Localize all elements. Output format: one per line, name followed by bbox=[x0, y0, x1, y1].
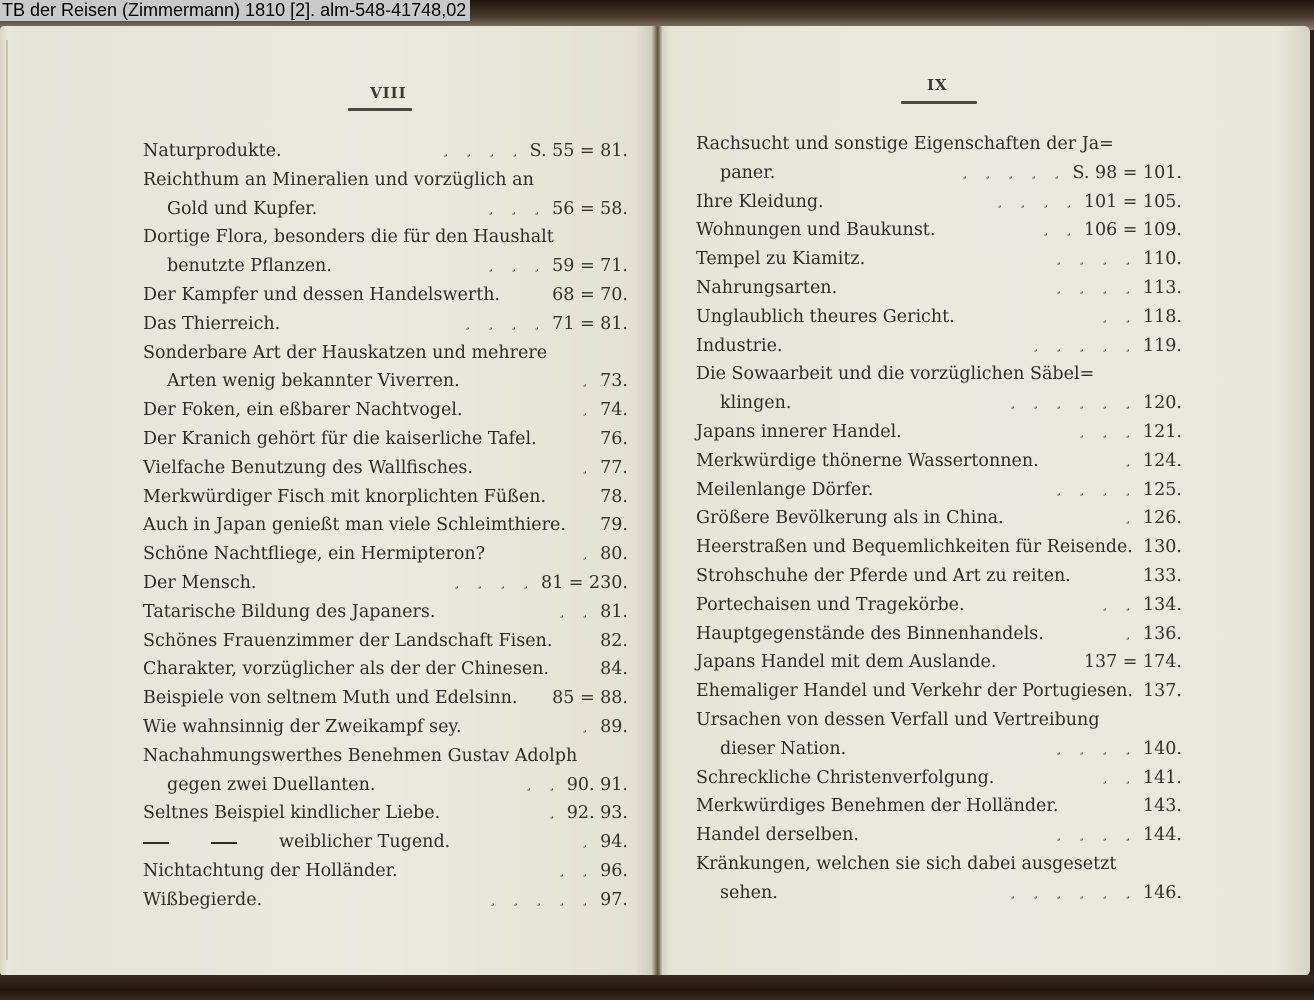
toc-entry-pages: 136. bbox=[1143, 620, 1182, 649]
leader-marks: ¸ bbox=[1053, 447, 1131, 476]
leader-marks: ¸ ¸ ¸ bbox=[346, 252, 540, 281]
leader-marks: ¸ bbox=[476, 713, 588, 742]
toc-entry: Ehemaliger Handel und Verkehr der Portug… bbox=[696, 677, 1182, 706]
toc-entry-title: Reichthum an Mineralien und vorzüglich a… bbox=[143, 166, 534, 195]
toc-entry-pages: 94. bbox=[600, 828, 628, 857]
toc-entry: Merkwürdige thönerne Wassertonnen.¸124. bbox=[696, 447, 1182, 476]
toc-entry-title: Merkwürdiger Fisch mit knorplichten Füße… bbox=[143, 483, 546, 512]
leader-marks: ¸ bbox=[499, 540, 588, 569]
toc-entry-title: Handel derselben. bbox=[696, 821, 859, 850]
toc-entry: Kränkungen, welchen sie sich dabei ausge… bbox=[696, 850, 1182, 879]
leader-marks: ¸ ¸ bbox=[979, 591, 1131, 620]
toc-entry-pages: 133. bbox=[1143, 562, 1182, 591]
leader-marks: ¸ ¸ ¸ ¸ ¸ ¸ bbox=[805, 389, 1131, 418]
toc-entry-title: Japans innerer Handel. bbox=[696, 418, 902, 447]
toc-entry-pages: 126. bbox=[1143, 504, 1182, 533]
toc-entry-pages: 90. 91. bbox=[567, 771, 628, 800]
leader-marks: ¸ ¸ ¸ ¸ bbox=[879, 245, 1131, 274]
leader-marks: ¸ ¸ bbox=[969, 303, 1131, 332]
toc-entry-pages: 110. bbox=[1143, 245, 1182, 274]
ditto-dash bbox=[211, 842, 237, 844]
toc-entry-title: Der Kampfer und dessen Handelswerth. bbox=[143, 281, 500, 310]
toc-entry-pages: 76. bbox=[600, 425, 628, 454]
toc-entry: Seltnes Beispiel kindlicher Liebe.¸92. 9… bbox=[143, 799, 628, 828]
toc-entry: Schreckliche Christenverfolgung.¸ ¸141. bbox=[696, 764, 1182, 793]
toc-entry-title: Der Kranich gehört für die kaiserliche T… bbox=[143, 425, 537, 454]
toc-entry-pages: 124. bbox=[1143, 447, 1182, 476]
toc-entry: Dortige Flora, besonders die für den Hau… bbox=[143, 223, 628, 252]
ditto-dash bbox=[143, 842, 169, 844]
toc-entry-title: Nichtachtung der Holländer. bbox=[143, 857, 398, 886]
toc-entry-title: Schreckliche Christenverfolgung. bbox=[696, 764, 994, 793]
toc-entry: Vielfache Benutzung des Wallfisches.¸77. bbox=[143, 454, 628, 483]
toc-entry-pages: 140. bbox=[1143, 735, 1182, 764]
toc-entry-title: Gold und Kupfer. bbox=[143, 195, 317, 224]
leader-marks: ¸ ¸ ¸ ¸ bbox=[296, 137, 518, 166]
toc-entry-pages: 59 = 71. bbox=[552, 252, 628, 281]
toc-entry-title: Schönes Frauenzimmer der Landschaft Fise… bbox=[143, 627, 552, 656]
toc-entry-title: Merkwürdige thönerne Wassertonnen. bbox=[696, 447, 1039, 476]
toc-entry-title: Dortige Flora, besonders die für den Hau… bbox=[143, 223, 554, 252]
toc-entry-text: weiblicher Tugend. bbox=[279, 832, 450, 852]
toc-entry-pages: 81. bbox=[600, 598, 628, 627]
toc-entry: weiblicher Tugend.¸94. bbox=[143, 828, 628, 857]
toc-entry-title: sehen. bbox=[696, 879, 778, 908]
toc-entry-pages: 96. bbox=[600, 857, 628, 886]
toc-entry-pages: 120. bbox=[1143, 389, 1182, 418]
leader-marks: ¸ ¸ ¸ ¸ bbox=[270, 569, 529, 598]
toc-entry-title: Die Sowaarbeit und die vorzüglichen Säbe… bbox=[696, 360, 1094, 389]
left-page-number: VIII bbox=[370, 84, 407, 102]
toc-entry-title: Nachahmungswerthes Benehmen Gustav Adolp… bbox=[143, 742, 577, 771]
toc-entry: Tatarische Bildung des Japaners.¸ ¸81. bbox=[143, 598, 628, 627]
toc-entry-title: Arten wenig bekannter Viverren. bbox=[143, 367, 460, 396]
toc-entry-pages: 78. bbox=[600, 483, 628, 512]
toc-entry: klingen.¸ ¸ ¸ ¸ ¸ ¸120. bbox=[696, 389, 1182, 418]
toc-entry: Rachsucht und sonstige Eigenschaften der… bbox=[696, 130, 1182, 159]
toc-entry-title: Der Foken, ein eßbarer Nachtvogel. bbox=[143, 396, 463, 425]
leader-marks: ¸ ¸ ¸ ¸ bbox=[851, 274, 1131, 303]
toc-entry-title: Auch in Japan genießt man viele Schleimt… bbox=[143, 511, 566, 540]
toc-entry: Das Thierreich.¸ ¸ ¸ ¸71 = 81. bbox=[143, 310, 628, 339]
toc-entry-title: Ursachen von dessen Verfall und Vertreib… bbox=[696, 706, 1100, 735]
toc-entry-title: dieser Nation. bbox=[696, 735, 846, 764]
toc-entry-title: gegen zwei Duellanten. bbox=[143, 771, 375, 800]
toc-entry-pages: 89. bbox=[600, 713, 628, 742]
toc-entry-pages: 119. bbox=[1143, 332, 1182, 361]
toc-entry-pages: 92. 93. bbox=[567, 799, 628, 828]
toc-entry-pages: 130. bbox=[1143, 533, 1182, 562]
toc-entry: Nachahmungswerthes Benehmen Gustav Adolp… bbox=[143, 742, 628, 771]
toc-entry-title: Nahrungsarten. bbox=[696, 274, 837, 303]
leader-marks: ¸ bbox=[474, 367, 588, 396]
toc-entry-pages: 97. bbox=[600, 886, 628, 915]
toc-entry: dieser Nation.¸ ¸ ¸ ¸140. bbox=[696, 735, 1182, 764]
toc-entry-pages: 125. bbox=[1143, 476, 1182, 505]
toc-entry-pages: 106 = 109. bbox=[1084, 216, 1182, 245]
leader-marks: ¸ ¸ ¸ ¸ bbox=[838, 188, 1072, 217]
left-table-of-contents: Naturprodukte.¸ ¸ ¸ ¸S. 55 = 81.Reichthu… bbox=[143, 137, 628, 915]
toc-entry-title: Strohschuhe der Pferde und Art zu reiten… bbox=[696, 562, 1071, 591]
leader-marks: ¸ ¸ bbox=[389, 771, 555, 800]
toc-entry-title: Schöne Nachtfliege, ein Hermipteron? bbox=[143, 540, 485, 569]
right-table-of-contents: Rachsucht und sonstige Eigenschaften der… bbox=[696, 130, 1182, 908]
toc-entry: Der Kranich gehört für die kaiserliche T… bbox=[143, 425, 628, 454]
toc-entry-pages: 71 = 81. bbox=[552, 310, 628, 339]
leader-marks: ¸ ¸ ¸ bbox=[331, 195, 540, 224]
toc-entry-title: Seltnes Beispiel kindlicher Liebe. bbox=[143, 799, 440, 828]
toc-entry: Wie wahnsinnig der Zweikampf sey.¸89. bbox=[143, 713, 628, 742]
toc-entry: Schöne Nachtfliege, ein Hermipteron?¸80. bbox=[143, 540, 628, 569]
book-gutter bbox=[652, 26, 662, 976]
page-edge-line bbox=[6, 40, 8, 960]
toc-entry: Arten wenig bekannter Viverren.¸73. bbox=[143, 367, 628, 396]
toc-entry-pages: 143. bbox=[1143, 792, 1182, 821]
toc-entry-pages: 84. bbox=[600, 655, 628, 684]
toc-entry-title: benutzte Pflanzen. bbox=[143, 252, 332, 281]
leader-marks: ¸ bbox=[1058, 620, 1131, 649]
toc-entry-title: Sonderbare Art der Hauskatzen und mehrer… bbox=[143, 339, 547, 368]
toc-entry-title: Naturprodukte. bbox=[143, 137, 282, 166]
toc-entry-title: Vielfache Benutzung des Wallfisches. bbox=[143, 454, 473, 483]
leader-marks: ¸ ¸ bbox=[449, 598, 588, 627]
toc-entry-title: Japans Handel mit dem Auslande. bbox=[696, 648, 996, 677]
toc-entry: Merkwürdiger Fisch mit knorplichten Füße… bbox=[143, 483, 628, 512]
toc-entry: Meilenlange Dörfer.¸ ¸ ¸ ¸125. bbox=[696, 476, 1182, 505]
toc-entry-pages: 146. bbox=[1143, 879, 1182, 908]
leader-marks: ¸ ¸ ¸ ¸ ¸ bbox=[276, 886, 588, 915]
toc-entry-pages: 101 = 105. bbox=[1084, 188, 1182, 217]
toc-entry: Naturprodukte.¸ ¸ ¸ ¸S. 55 = 81. bbox=[143, 137, 628, 166]
toc-entry: Beispiele von seltnem Muth und Edelsinn.… bbox=[143, 684, 628, 713]
toc-entry-title: weiblicher Tugend. bbox=[143, 828, 450, 857]
toc-entry-pages: 73. bbox=[600, 367, 628, 396]
toc-entry-title: Das Thierreich. bbox=[143, 310, 280, 339]
toc-entry: Nahrungsarten.¸ ¸ ¸ ¸113. bbox=[696, 274, 1182, 303]
toc-entry-title: Charakter, vorzüglicher als der der Chin… bbox=[143, 655, 549, 684]
toc-entry-pages: 68 = 70. bbox=[552, 281, 628, 310]
toc-entry-pages: 77. bbox=[600, 454, 628, 483]
toc-entry-title: Meilenlange Dörfer. bbox=[696, 476, 873, 505]
toc-entry-title: Industrie. bbox=[696, 332, 783, 361]
toc-entry-title: Tatarische Bildung des Japaners. bbox=[143, 598, 435, 627]
toc-entry-pages: 79. bbox=[600, 511, 628, 540]
toc-entry: Wohnungen und Baukunst.¸ ¸106 = 109. bbox=[696, 216, 1182, 245]
leader-marks: ¸ ¸ ¸ ¸ bbox=[860, 735, 1131, 764]
toc-entry-pages: 137. bbox=[1143, 677, 1182, 706]
toc-entry-title: paner. bbox=[696, 159, 775, 188]
leader-marks: ¸ bbox=[487, 454, 588, 483]
toc-entry-pages: 113. bbox=[1143, 274, 1182, 303]
toc-entry-title: Größere Bevölkerung als in China. bbox=[696, 504, 1004, 533]
toc-entry-title: Hauptgegenstände des Binnenhandels. bbox=[696, 620, 1044, 649]
toc-entry-pages: S. 98 = 101. bbox=[1072, 159, 1182, 188]
leader-marks: ¸ ¸ bbox=[1008, 764, 1131, 793]
leader-marks: ¸ bbox=[1018, 504, 1131, 533]
toc-entry: Japans Handel mit dem Auslande.137 = 174… bbox=[696, 648, 1182, 677]
leader-marks: ¸ ¸ ¸ ¸ ¸ bbox=[789, 159, 1060, 188]
toc-entry: Japans innerer Handel.¸ ¸ ¸121. bbox=[696, 418, 1182, 447]
leader-marks: ¸ bbox=[454, 799, 555, 828]
toc-entry-pages: 134. bbox=[1143, 591, 1182, 620]
right-header-rule bbox=[901, 101, 977, 104]
toc-entry-pages: 85 = 88. bbox=[552, 684, 628, 713]
toc-entry-pages: 82. bbox=[600, 627, 628, 656]
toc-entry-pages: 74. bbox=[600, 396, 628, 425]
toc-entry: Unglaublich theures Gericht.¸ ¸118. bbox=[696, 303, 1182, 332]
toc-entry-pages: 141. bbox=[1143, 764, 1182, 793]
toc-entry-title: Wie wahnsinnig der Zweikampf sey. bbox=[143, 713, 462, 742]
toc-entry: Schönes Frauenzimmer der Landschaft Fise… bbox=[143, 627, 628, 656]
leader-marks: ¸ ¸ ¸ ¸ ¸ ¸ bbox=[792, 879, 1131, 908]
toc-entry-title: Wißbegierde. bbox=[143, 886, 262, 915]
toc-entry-title: Unglaublich theures Gericht. bbox=[696, 303, 955, 332]
toc-entry: Industrie.¸ ¸ ¸ ¸ ¸119. bbox=[696, 332, 1182, 361]
leader-marks: ¸ ¸ ¸ ¸ bbox=[294, 310, 540, 339]
toc-entry: Hauptgegenstände des Binnenhandels.¸136. bbox=[696, 620, 1182, 649]
toc-entry: Der Kampfer und dessen Handelswerth.68 =… bbox=[143, 281, 628, 310]
toc-entry: Ursachen von dessen Verfall und Vertreib… bbox=[696, 706, 1182, 735]
leader-marks: ¸ ¸ ¸ ¸ bbox=[887, 476, 1131, 505]
leader-marks: ¸ ¸ ¸ ¸ ¸ bbox=[797, 332, 1131, 361]
toc-entry-title: Tempel zu Kiamitz. bbox=[696, 245, 865, 274]
leader-marks: ¸ ¸ ¸ ¸ bbox=[873, 821, 1131, 850]
toc-entry: Ihre Kleidung.¸ ¸ ¸ ¸101 = 105. bbox=[696, 188, 1182, 217]
toc-entry-title: Kränkungen, welchen sie sich dabei ausge… bbox=[696, 850, 1116, 879]
toc-entry-pages: 80. bbox=[600, 540, 628, 569]
toc-entry-title: Heerstraßen und Bequemlichkeiten für Rei… bbox=[696, 533, 1133, 562]
toc-entry-pages: 144. bbox=[1143, 821, 1182, 850]
toc-entry-title: Ihre Kleidung. bbox=[696, 188, 824, 217]
toc-entry: Gold und Kupfer.¸ ¸ ¸56 = 58. bbox=[143, 195, 628, 224]
toc-entry: benutzte Pflanzen.¸ ¸ ¸59 = 71. bbox=[143, 252, 628, 281]
toc-entry-title: Ehemaliger Handel und Verkehr der Portug… bbox=[696, 677, 1133, 706]
toc-entry-pages: 137 = 174. bbox=[1084, 648, 1182, 677]
toc-entry: Portechaisen und Tragekörbe.¸ ¸134. bbox=[696, 591, 1182, 620]
leader-marks: ¸ ¸ ¸ bbox=[916, 418, 1131, 447]
toc-entry-pages: 81 = 230. bbox=[541, 569, 628, 598]
toc-entry: Reichthum an Mineralien und vorzüglich a… bbox=[143, 166, 628, 195]
leader-marks: ¸ ¸ bbox=[949, 216, 1072, 245]
toc-entry: Sonderbare Art der Hauskatzen und mehrer… bbox=[143, 339, 628, 368]
toc-entry: Strohschuhe der Pferde und Art zu reiten… bbox=[696, 562, 1182, 591]
toc-entry: Heerstraßen und Bequemlichkeiten für Rei… bbox=[696, 533, 1182, 562]
leader-marks: ¸ bbox=[477, 396, 588, 425]
toc-entry: Auch in Japan genießt man viele Schleimt… bbox=[143, 511, 628, 540]
toc-entry: Die Sowaarbeit und die vorzüglichen Säbe… bbox=[696, 360, 1182, 389]
right-page-number: IX bbox=[927, 76, 948, 94]
toc-entry-title: klingen. bbox=[696, 389, 791, 418]
toc-entry: Größere Bevölkerung als in China.¸126. bbox=[696, 504, 1182, 533]
toc-entry-pages: S. 55 = 81. bbox=[530, 137, 628, 166]
toc-entry: Handel derselben.¸ ¸ ¸ ¸144. bbox=[696, 821, 1182, 850]
toc-entry: Wißbegierde.¸ ¸ ¸ ¸ ¸97. bbox=[143, 886, 628, 915]
toc-entry-title: Rachsucht und sonstige Eigenschaften der… bbox=[696, 130, 1114, 159]
toc-entry: Charakter, vorzüglicher als der der Chin… bbox=[143, 655, 628, 684]
toc-entry-title: Beispiele von seltnem Muth und Edelsinn. bbox=[143, 684, 517, 713]
toc-entry: Der Mensch.¸ ¸ ¸ ¸81 = 230. bbox=[143, 569, 628, 598]
window-caption: TB der Reisen (Zimmermann) 1810 [2]. alm… bbox=[0, 0, 470, 21]
book-binding-bottom bbox=[0, 975, 1314, 1000]
leader-marks: ¸ bbox=[464, 828, 588, 857]
toc-entry: Nichtachtung der Holländer.¸ ¸96. bbox=[143, 857, 628, 886]
toc-entry-title: Wohnungen und Baukunst. bbox=[696, 216, 935, 245]
toc-entry: Merkwürdiges Benehmen der Holländer.143. bbox=[696, 792, 1182, 821]
toc-entry-pages: 56 = 58. bbox=[552, 195, 628, 224]
toc-entry-title: Der Mensch. bbox=[143, 569, 256, 598]
toc-entry: paner.¸ ¸ ¸ ¸ ¸S. 98 = 101. bbox=[696, 159, 1182, 188]
toc-entry: gegen zwei Duellanten.¸ ¸90. 91. bbox=[143, 771, 628, 800]
toc-entry: Tempel zu Kiamitz.¸ ¸ ¸ ¸110. bbox=[696, 245, 1182, 274]
leader-marks: ¸ ¸ bbox=[412, 857, 588, 886]
toc-entry-pages: 118. bbox=[1143, 303, 1182, 332]
toc-entry-title: Portechaisen und Tragekörbe. bbox=[696, 591, 965, 620]
toc-entry: sehen.¸ ¸ ¸ ¸ ¸ ¸146. bbox=[696, 879, 1182, 908]
toc-entry-title: Merkwürdiges Benehmen der Holländer. bbox=[696, 792, 1058, 821]
toc-entry: Der Foken, ein eßbarer Nachtvogel.¸74. bbox=[143, 396, 628, 425]
toc-entry-pages: 121. bbox=[1143, 418, 1182, 447]
left-header-rule bbox=[348, 108, 412, 111]
